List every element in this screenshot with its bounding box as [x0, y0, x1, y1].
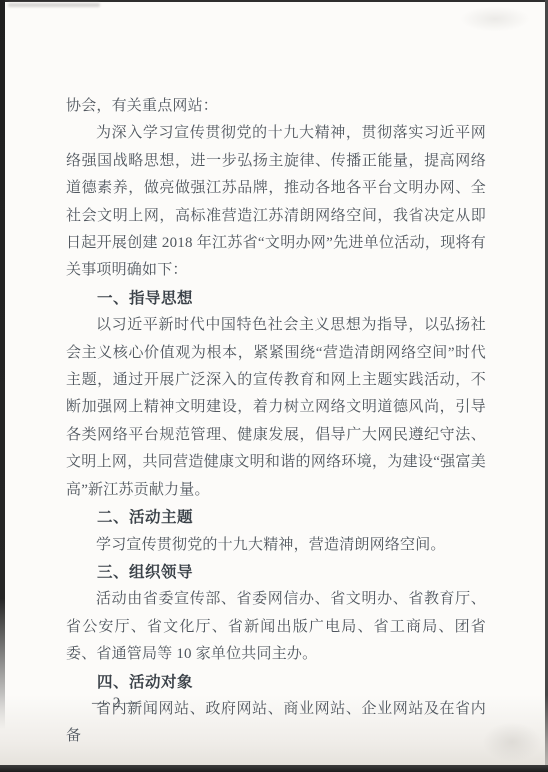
scan-edge-bottom: [0, 765, 548, 772]
scan-smudge-bottom-right: [482, 722, 542, 762]
document-body: 协会，有关重点网站： 为深入学习宣传贯彻党的十九大精神，贯彻落实习近平网络强国战…: [66, 93, 486, 751]
section-2-heading: 二、活动主题: [66, 504, 486, 531]
section-2-body: 学习宣传贯彻党的十九大精神，营造清朗网络空间。: [66, 532, 486, 559]
section-3-body: 活动由省委宣传部、省委网信办、省文明办、省教育厅、省公安厅、省文化厅、省新闻出版…: [66, 586, 486, 668]
section-1-heading: 一、指导思想: [66, 285, 486, 312]
section-4-heading: 四、活动对象: [66, 669, 486, 696]
scanned-document-page: 协会，有关重点网站： 为深入学习宣传贯彻党的十九大精神，贯彻落实习近平网络强国战…: [0, 0, 548, 772]
intro-paragraph: 为深入学习宣传贯彻党的十九大精神，贯彻落实习近平网络强国战略思想，进一步弘扬主旋…: [66, 120, 486, 284]
lead-paragraph: 协会，有关重点网站：: [66, 93, 486, 120]
scan-smudge-top-left: [8, 3, 100, 7]
section-1-body: 以习近平新时代中国特色社会主义思想为指导，以弘扬社会主义核心价值观为根本，紧紧围…: [66, 312, 486, 504]
scan-edge-left: [0, 0, 5, 730]
section-3-heading: 三、组织领导: [66, 559, 486, 586]
page-number: — 2 —: [92, 695, 142, 712]
scan-edge-top: [0, 0, 548, 2]
scan-smudge-top-right: [460, 6, 530, 32]
